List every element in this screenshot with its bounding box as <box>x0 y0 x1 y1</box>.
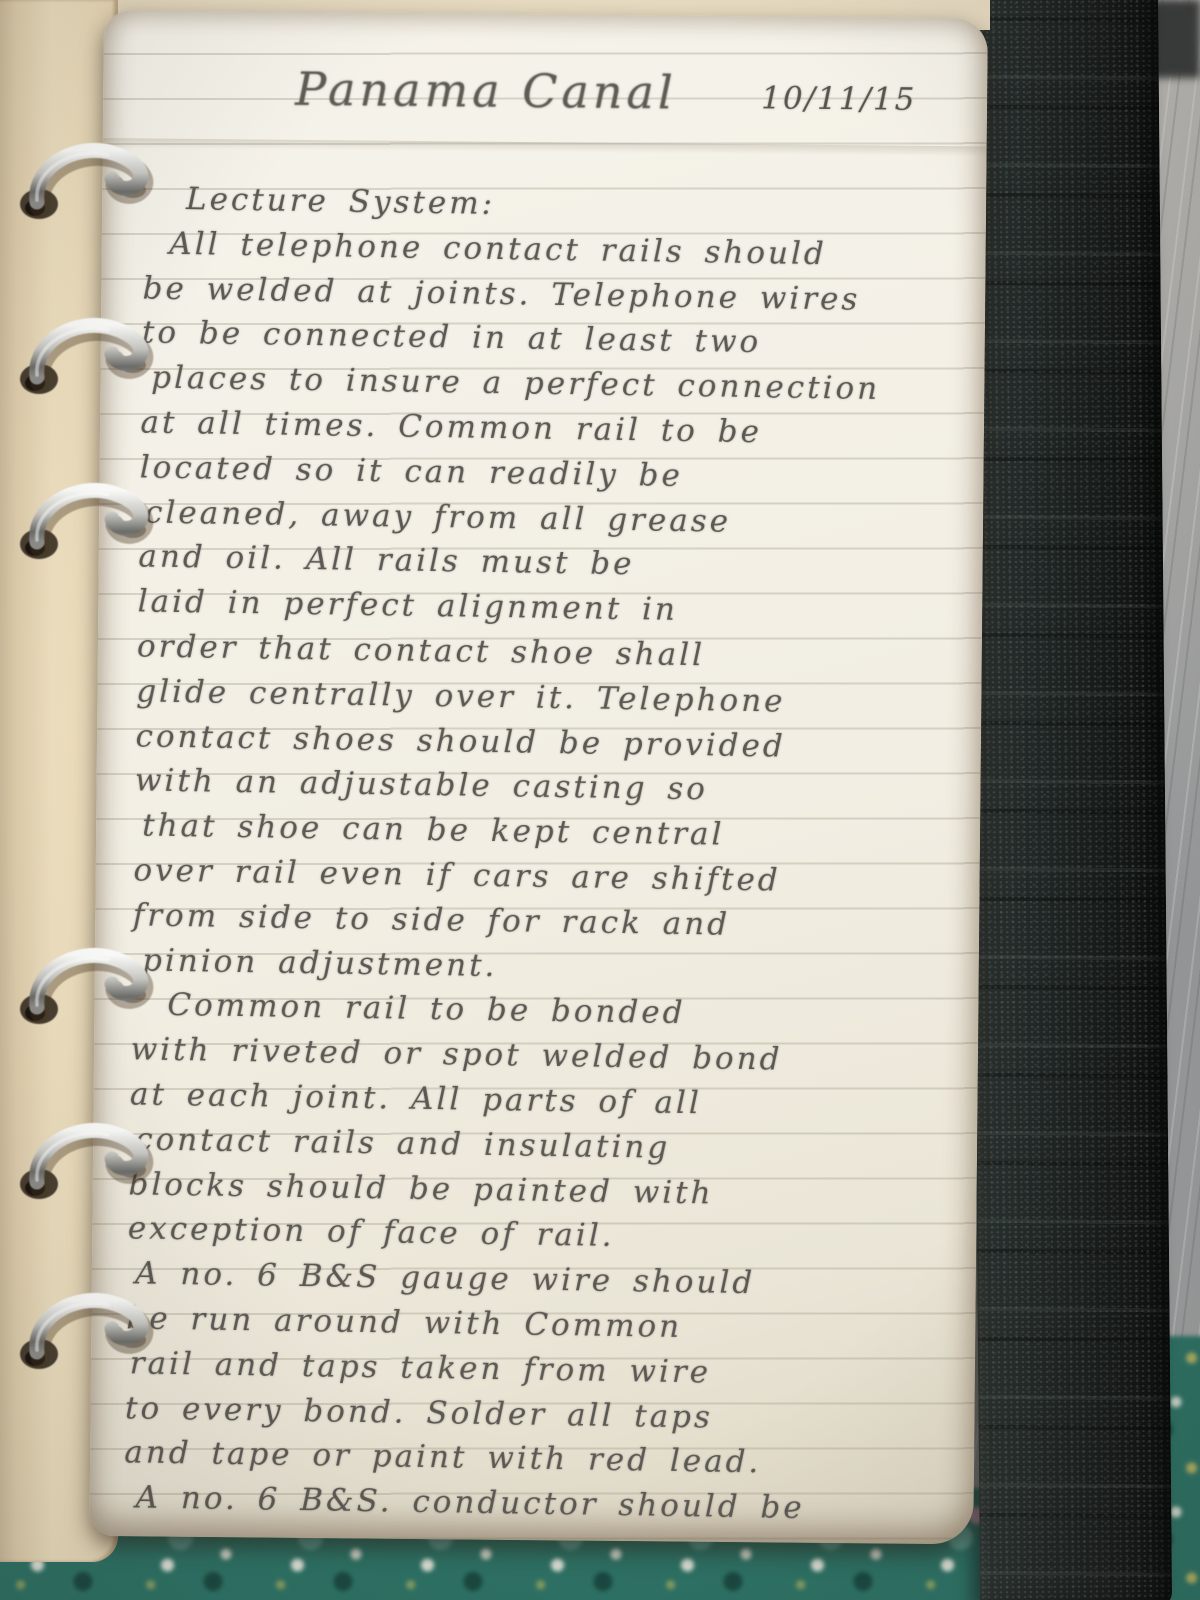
notebook-page: Panama Canal 10/11/15 Lecture System:All… <box>89 10 988 1544</box>
page-header: Panama Canal 10/11/15 <box>103 60 988 138</box>
binder-ring <box>12 1268 164 1372</box>
binder-ring <box>12 293 164 397</box>
binder-ring <box>12 458 164 562</box>
page-lines: Lecture System:All telephone contact rai… <box>123 176 964 1533</box>
page-title: Panama Canal <box>295 62 677 120</box>
binder-ring <box>12 923 164 1027</box>
page-crease <box>103 138 987 156</box>
photo-canvas: Panama Canal 10/11/15 Lecture System:All… <box>0 0 1200 1600</box>
notebook-cover <box>966 0 1172 1600</box>
binder-ring <box>12 1098 164 1202</box>
page-date: 10/11/15 <box>761 80 917 117</box>
binder-ring <box>12 118 164 222</box>
